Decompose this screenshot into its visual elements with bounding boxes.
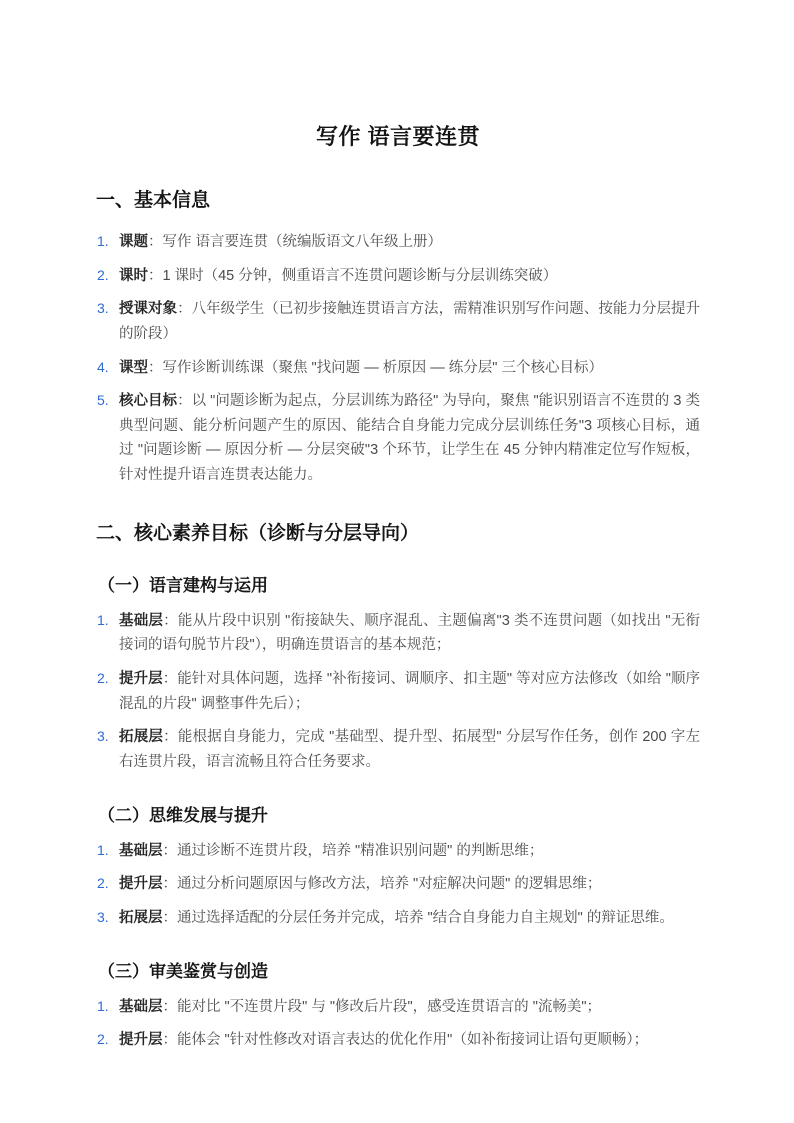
list-item-label: 授课对象 — [119, 301, 177, 317]
list-item-label: 课时 — [119, 268, 148, 284]
section-heading-basic-info: 一、基本信息 — [96, 185, 700, 212]
list-item-label: 核心目标 — [119, 393, 177, 409]
list-item-text: ：1 课时（45 分钟，侧重语言不连贯问题诊断与分层训练突破） — [148, 268, 557, 284]
list-item-text: ：能从片段中识别 "衔接缺失、顺序混乱、主题偏离"3 类不连贯问题（如找出 "无… — [119, 613, 700, 654]
list-item-text: ：八年级学生（已初步接触连贯语言方法，需精准识别写作问题、按能力分层提升的阶段） — [119, 301, 700, 342]
list-item-text: ：通过诊断不连贯片段，培养 "精准识别问题" 的判断思维； — [163, 843, 544, 859]
list-item-number: 1. — [97, 609, 109, 633]
list-item: 3.拓展层：能根据自身能力，完成 "基础型、提升型、拓展型" 分层写作任务，创作… — [96, 725, 700, 774]
aesthetic-goals-list: 1.基础层：能对比 "不连贯片段" 与 "修改后片段"，感受连贯语言的 "流畅美… — [96, 995, 700, 1053]
list-item-label: 拓展层 — [119, 729, 163, 745]
list-item-text: ：写作诊断训练课（聚焦 "找问题 — 析原因 — 练分层" 三个核心目标） — [148, 360, 603, 376]
list-item-number: 1. — [97, 995, 109, 1019]
list-item: 1.基础层：能从片段中识别 "衔接缺失、顺序混乱、主题偏离"3 类不连贯问题（如… — [96, 609, 700, 658]
list-item-text: ：以 "问题诊断为起点，分层训练为路径" 为导向，聚焦 "能识别语言不连贯的 3… — [119, 393, 700, 483]
list-item-text: ：通过选择适配的分层任务并完成，培养 "结合自身能力自主规划" 的辩证思维。 — [163, 910, 674, 926]
list-item: 5.核心目标：以 "问题诊断为起点，分层训练为路径" 为导向，聚焦 "能识别语言… — [96, 389, 700, 488]
basic-info-list: 1.课题：写作 语言要连贯（统编版语文八年级上册） 2.课时：1 课时（45 分… — [96, 230, 700, 488]
list-item-text: ：能对比 "不连贯片段" 与 "修改后片段"，感受连贯语言的 "流畅美"； — [163, 999, 602, 1015]
list-item: 1.课题：写作 语言要连贯（统编版语文八年级上册） — [96, 230, 700, 255]
list-item-number: 3. — [97, 297, 109, 321]
list-item-label: 拓展层 — [119, 910, 163, 926]
list-item: 3.拓展层：通过选择适配的分层任务并完成，培养 "结合自身能力自主规划" 的辩证… — [96, 906, 700, 931]
list-item-number: 4. — [97, 356, 109, 380]
section-heading-core-goals: 二、核心素养目标（诊断与分层导向） — [96, 518, 700, 545]
language-goals-list: 1.基础层：能从片段中识别 "衔接缺失、顺序混乱、主题偏离"3 类不连贯问题（如… — [96, 609, 700, 775]
list-item-text: ：能针对具体问题，选择 "补衔接词、调顺序、扣主题" 等对应方法修改（如给 "顺… — [119, 671, 700, 712]
list-item-label: 提升层 — [119, 876, 163, 892]
list-item-number: 1. — [97, 230, 109, 254]
list-item-text: ：写作 语言要连贯（统编版语文八年级上册） — [148, 234, 442, 250]
list-item: 4.课型：写作诊断训练课（聚焦 "找问题 — 析原因 — 练分层" 三个核心目标… — [96, 356, 700, 381]
list-item-label: 基础层 — [119, 843, 163, 859]
list-item: 3.授课对象：八年级学生（已初步接触连贯语言方法，需精准识别写作问题、按能力分层… — [96, 297, 700, 346]
list-item: 2.提升层：能针对具体问题，选择 "补衔接词、调顺序、扣主题" 等对应方法修改（… — [96, 667, 700, 716]
list-item-number: 2. — [97, 667, 109, 691]
list-item: 2.课时：1 课时（45 分钟，侧重语言不连贯问题诊断与分层训练突破） — [96, 264, 700, 289]
list-item-label: 课型 — [119, 360, 148, 376]
subsection-heading-aesthetic: （三）审美鉴赏与创造 — [98, 957, 700, 982]
subsection-heading-language: （一）语言建构与运用 — [98, 571, 700, 596]
list-item: 2.提升层：能体会 "针对性修改对语言表达的优化作用"（如补衔接词让语句更顺畅）… — [96, 1028, 700, 1053]
list-item-number: 5. — [97, 389, 109, 413]
list-item: 1.基础层：能对比 "不连贯片段" 与 "修改后片段"，感受连贯语言的 "流畅美… — [96, 995, 700, 1020]
list-item-label: 基础层 — [119, 999, 163, 1015]
subsection-heading-thinking: （二）思维发展与提升 — [98, 801, 700, 826]
list-item-number: 2. — [97, 1028, 109, 1052]
list-item-label: 课题 — [119, 234, 148, 250]
list-item-label: 提升层 — [119, 671, 163, 687]
list-item-number: 2. — [97, 872, 109, 896]
list-item: 2.提升层：通过分析问题原因与修改方法，培养 "对症解决问题" 的逻辑思维； — [96, 872, 700, 897]
list-item-label: 提升层 — [119, 1032, 163, 1048]
list-item-label: 基础层 — [119, 613, 163, 629]
list-item: 1.基础层：通过诊断不连贯片段，培养 "精准识别问题" 的判断思维； — [96, 839, 700, 864]
document-page: 写作 语言要连贯 一、基本信息 1.课题：写作 语言要连贯（统编版语文八年级上册… — [0, 0, 794, 1123]
list-item-text: ：能根据自身能力，完成 "基础型、提升型、拓展型" 分层写作任务，创作 200 … — [119, 729, 700, 770]
list-item-number: 1. — [97, 839, 109, 863]
list-item-text: ：通过分析问题原因与修改方法，培养 "对症解决问题" 的逻辑思维； — [163, 876, 602, 892]
document-title: 写作 语言要连贯 — [96, 120, 700, 151]
thinking-goals-list: 1.基础层：通过诊断不连贯片段，培养 "精准识别问题" 的判断思维； 2.提升层… — [96, 839, 700, 931]
list-item-number: 3. — [97, 725, 109, 749]
list-item-number: 2. — [97, 264, 109, 288]
list-item-number: 3. — [97, 906, 109, 930]
list-item-text: ：能体会 "针对性修改对语言表达的优化作用"（如补衔接词让语句更顺畅）； — [163, 1032, 649, 1048]
